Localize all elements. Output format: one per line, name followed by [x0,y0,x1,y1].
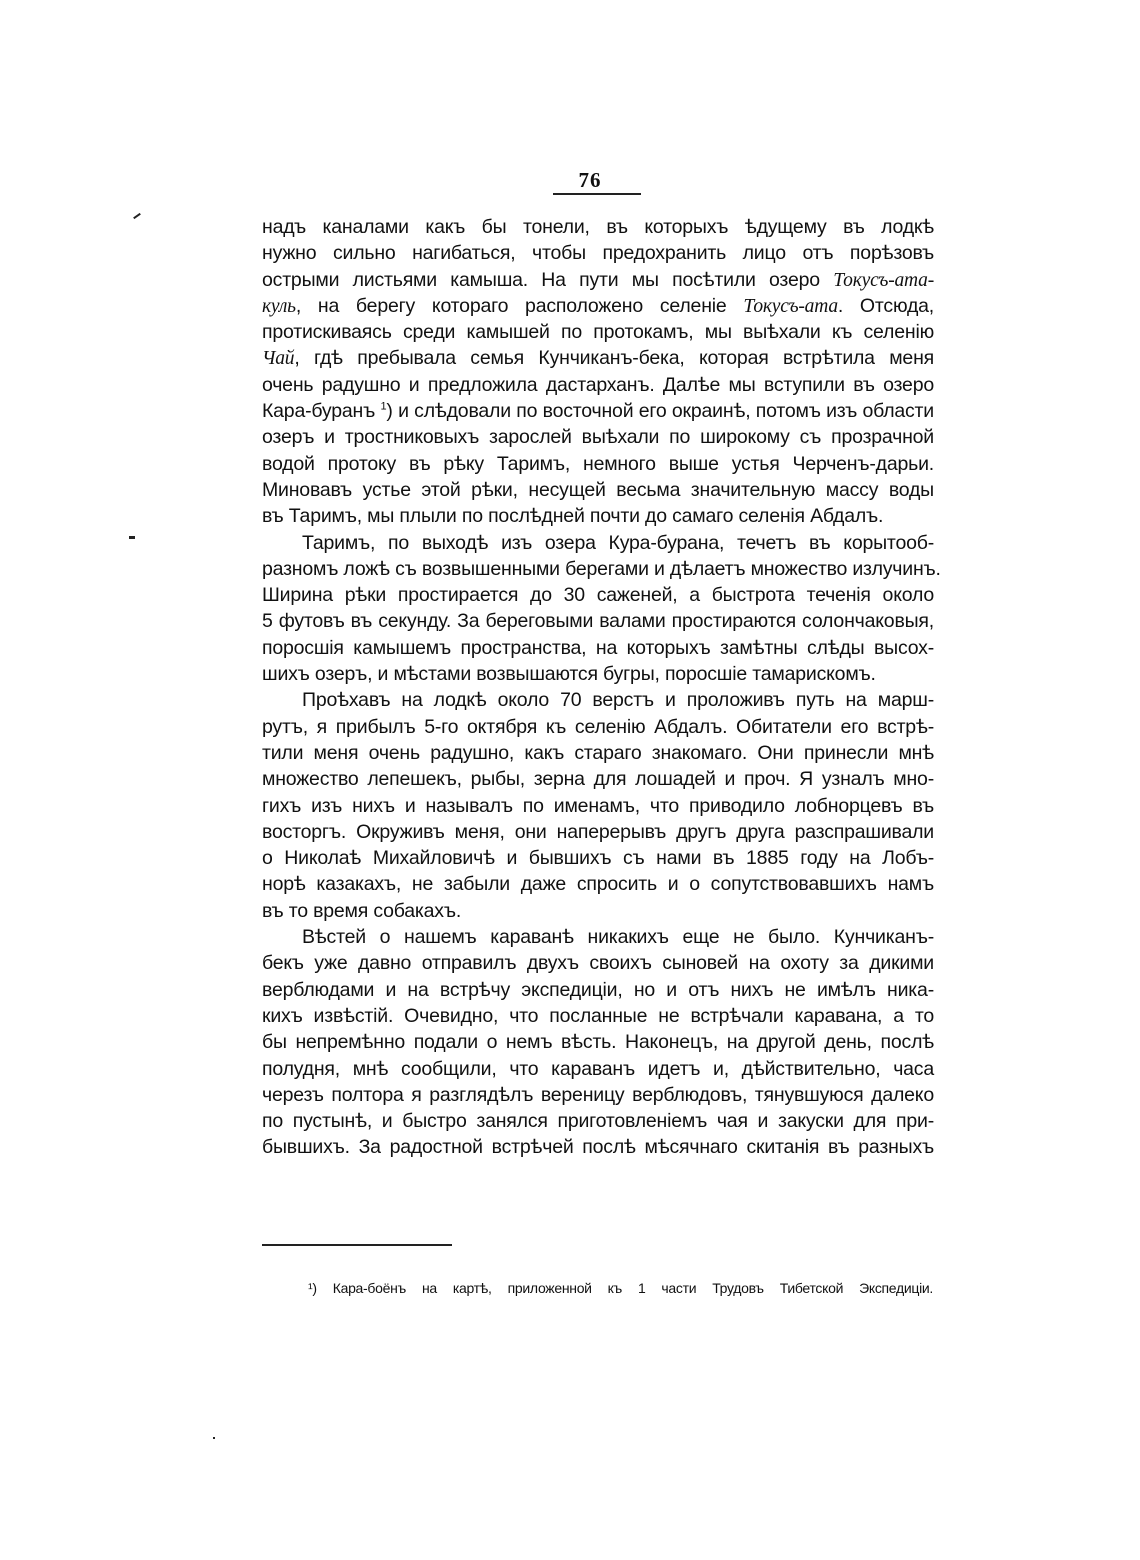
text-line: верблюдами и на встрѣчу экспедиціи, но и… [262,977,934,1003]
text-line: тили меня очень радушно, какъ стараго зн… [262,740,934,766]
text-line: очень радушно и предложила дастарханъ. Д… [262,372,934,398]
margin-mark [133,213,141,219]
text-line: рутъ, я прибылъ 5-го октября къ селенію … [262,714,934,740]
footnote: ¹) Кара-боёнъ на картѣ, приложенной къ 1… [308,1280,933,1296]
text-line: Ширина рѣки простирается до 30 саженей, … [262,582,934,608]
text-line: озеръ и тростниковыхъ зарослей выѣхали п… [262,424,934,450]
text-line: черезъ полтора я разглядѣлъ вереницу вер… [262,1082,934,1108]
margin-mark [213,1437,215,1439]
text-line: нужно сильно нагибаться, чтобы предохран… [262,240,934,266]
footnote-rule [262,1244,452,1246]
text-line: Вѣстей о нашемъ караванѣ никакихъ еще не… [262,924,934,950]
page-number-rule [553,193,641,195]
text-line: поросшія камышемъ пространства, на котор… [262,635,934,661]
text-line: бывшихъ. За радостной встрѣчей послѣ мѣс… [262,1134,934,1160]
margin-mark [129,536,135,539]
footnote-marker: ¹) [308,1280,317,1296]
text-line: множество лепешекъ, рыбы, зерна для лоша… [262,766,934,792]
text-line: Проѣхавъ на лодкѣ около 70 верстъ и прол… [262,687,934,713]
text-line: бекъ уже давно отправилъ двухъ своихъ сы… [262,950,934,976]
text-line: по пустынѣ, и быстро занялся приготовлен… [262,1108,934,1134]
text-line: гихъ изъ нихъ и называлъ по именамъ, что… [262,793,934,819]
text-line: Чай, гдѣ пребывала семья Кунчиканъ-бека,… [262,345,934,371]
text-line: кихъ извѣстій. Очевидно, что посланные н… [262,1003,934,1029]
text-line: восторгъ. Окруживъ меня, они наперерывъ … [262,819,934,845]
text-line: протискиваясь среди камышей по протокамъ… [262,319,934,345]
text-line: полудня, мнѣ сообщили, что караванъ идет… [262,1056,934,1082]
text-line: въ то время собакахъ. [262,898,934,924]
page-number: 76 [540,168,640,193]
footnote-text: Кара-боёнъ на картѣ, приложенной къ 1 ча… [333,1280,933,1296]
text-line: шихъ озеръ, и мѣстами возвышаются бугры,… [262,661,934,687]
text-line: Таримъ, по выходѣ изъ озера Кура-бурана,… [262,530,934,556]
text-line: о Николаѣ Михайловичѣ и бывшихъ съ нами … [262,845,934,871]
text-line: бы непремѣнно подали о немъ вѣсть. Након… [262,1029,934,1055]
text-line: Миновавъ устье этой рѣки, несущей весьма… [262,477,934,503]
text-line: разномъ ложѣ съ возвышенными берегами и … [262,556,934,582]
text-line: водой протоку въ рѣку Таримъ, немного вы… [262,451,934,477]
text-line: Кара-буранъ 1) и слѣдовали по восточной … [262,398,934,424]
text-line: острыми листьями камыша. На пути мы посѣ… [262,267,934,293]
text-line: норѣ казакахъ, не забыли даже спросить и… [262,871,934,897]
text-line: въ Таримъ, мы плыли по послѣдней почти д… [262,503,934,529]
text-line: 5 футовъ въ секунду. За береговыми валам… [262,608,934,634]
body-text: надъ каналами какъ бы тонели, въ которых… [262,214,934,1161]
text-line: куль, на берегу котораго расположено сел… [262,293,934,319]
text-line: надъ каналами какъ бы тонели, въ которых… [262,214,934,240]
